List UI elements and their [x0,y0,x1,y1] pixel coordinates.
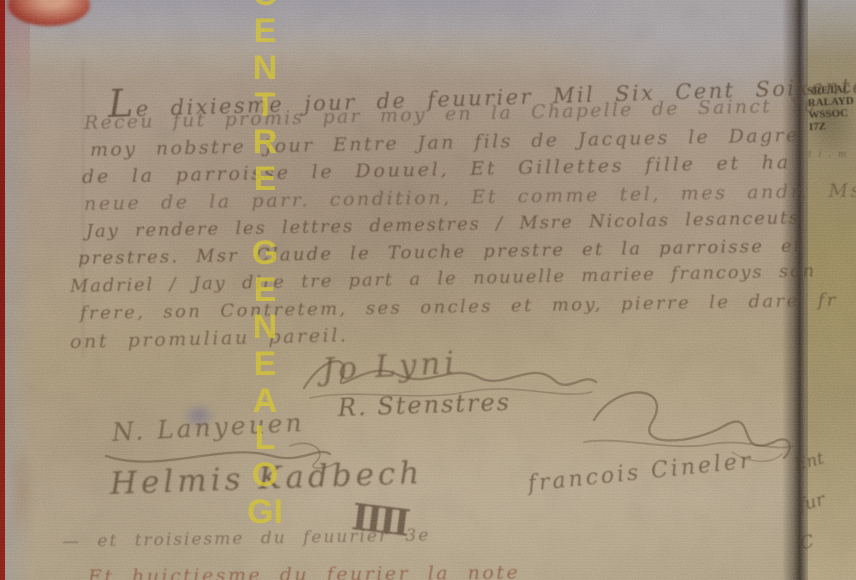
manuscript-line: frere, son Contretem, ses oncles et moy,… [80,290,838,324]
manuscript-footer-line: Et huictiesme du feurier la note [88,561,520,580]
facing-page-top-haze [806,0,856,58]
genealogy-watermark: CENTRE GENEALOGI [246,0,284,531]
signature-center-sub: R. Stenstres [338,388,512,422]
binding-edge [0,0,5,580]
manuscript-scan: SRETAC RALAYD WSSOC I7Z t i . m Ent fur … [0,0,856,580]
stamp-line: I7Z [809,119,856,133]
signature-center: Jo Lyni [321,345,459,388]
facing-page-marks: t i . m [808,150,848,160]
